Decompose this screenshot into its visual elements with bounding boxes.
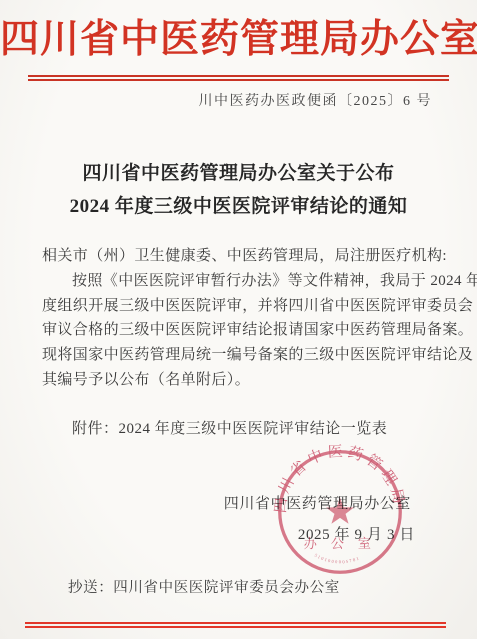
- attachment-line: 附件：2024 年度三级中医医院评审结论一览表: [72, 417, 387, 438]
- seal-serial: 5101000005781: [314, 553, 361, 565]
- doc-title-line2: 2024 年度三级中医医院评审结论的通知: [0, 190, 477, 223]
- signature-org: 四川省中医药管理局办公室: [224, 492, 411, 513]
- doc-title-line1: 四川省中医药管理局办公室关于公布: [0, 157, 477, 190]
- salutation: 相关市（州）卫生健康委、中医药管理局，局注册医疗机构:: [42, 244, 441, 269]
- doc-number: 川中医药办医政便函〔2025〕6 号: [199, 90, 433, 110]
- doc-title: 四川省中医药管理局办公室关于公布 2024 年度三级中医医院评审结论的通知: [0, 157, 477, 223]
- letterhead-divider: [28, 75, 449, 81]
- letterhead-org-name: 四川省中医药管理局办公室: [0, 12, 477, 68]
- body-line: 现将国家中医药管理局统一编号备案的三级中医医院评审结论及: [42, 343, 441, 368]
- body-line: 其编号予以公布（名单附后）。: [42, 368, 441, 393]
- signature-date: 2025 年 9 月 3 日: [298, 523, 415, 544]
- body-line: 按照《中医医院评审暂行办法》等文件精神，我局于 2024 年: [42, 269, 441, 294]
- body-line: 度组织开展三级中医医院评审，并将四川省中医医院评审委员会: [42, 294, 441, 319]
- body-text: 相关市（州）卫生健康委、中医药管理局，局注册医疗机构: 按照《中医医院评审暂行办…: [42, 244, 441, 393]
- body-line: 审议合格的三级中医医院评审结论报请国家中医药管理局备案。: [42, 318, 441, 343]
- cc-line: 抄送：四川省中医医院评审委员会办公室: [68, 576, 340, 597]
- footer-divider: [25, 622, 446, 628]
- document-page: 四川省中医药管理局办公室 川中医药办医政便函〔2025〕6 号 四川省中医药管理…: [0, 0, 477, 639]
